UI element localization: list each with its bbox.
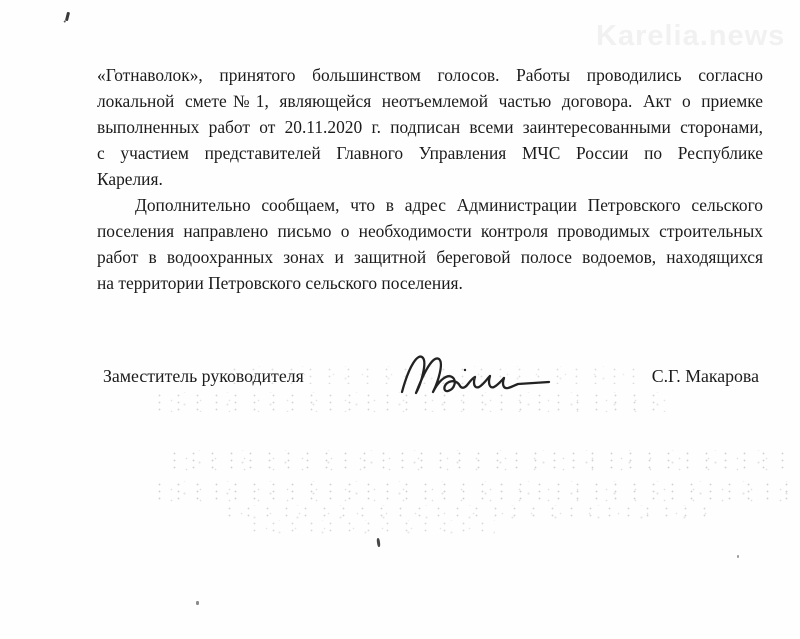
text-line: поселения направлено письмо о необходимо… [97, 218, 763, 244]
scan-speck [196, 601, 199, 605]
text-line: Дополнительно сообщаем, что в адрес Адми… [97, 192, 763, 218]
text-line: локальной смете№1, являющейся неотъемлем… [97, 88, 763, 114]
text-line: с участием представителей Главного Управ… [97, 140, 763, 166]
bleed-through-noise [150, 481, 790, 503]
bleed-through-noise [225, 366, 645, 384]
paragraph-1: «Готнаволок», принятого большинством гол… [97, 62, 763, 192]
bleed-through-noise [220, 505, 710, 519]
text-line: на территории Петровского сельского посе… [97, 270, 763, 296]
paragraph-2: Дополнительно сообщаем, что в адрес Адми… [97, 192, 763, 296]
site-watermark: Karelia.news [596, 20, 786, 60]
scan-speck [376, 538, 380, 547]
text-line: работ в водоохранных зонах и защитной бе… [97, 244, 763, 270]
scanned-letter-page: Karelia.news «Готнаволок», принятого бол… [0, 0, 800, 639]
scan-artifact-mark [65, 12, 70, 21]
text-line: «Готнаволок», принятого большинством гол… [97, 62, 763, 88]
bleed-through-noise [165, 450, 790, 472]
letter-body: «Готнаволок», принятого большинством гол… [97, 62, 763, 296]
scan-speck [737, 555, 739, 558]
text-line: Карелия. [97, 166, 763, 192]
signer-name: С.Г. Макарова [652, 366, 759, 387]
text-line: выполненных работ от 20.11.2020 г. подпи… [97, 114, 763, 140]
bleed-through-noise [150, 392, 670, 412]
bleed-through-noise [245, 520, 495, 536]
